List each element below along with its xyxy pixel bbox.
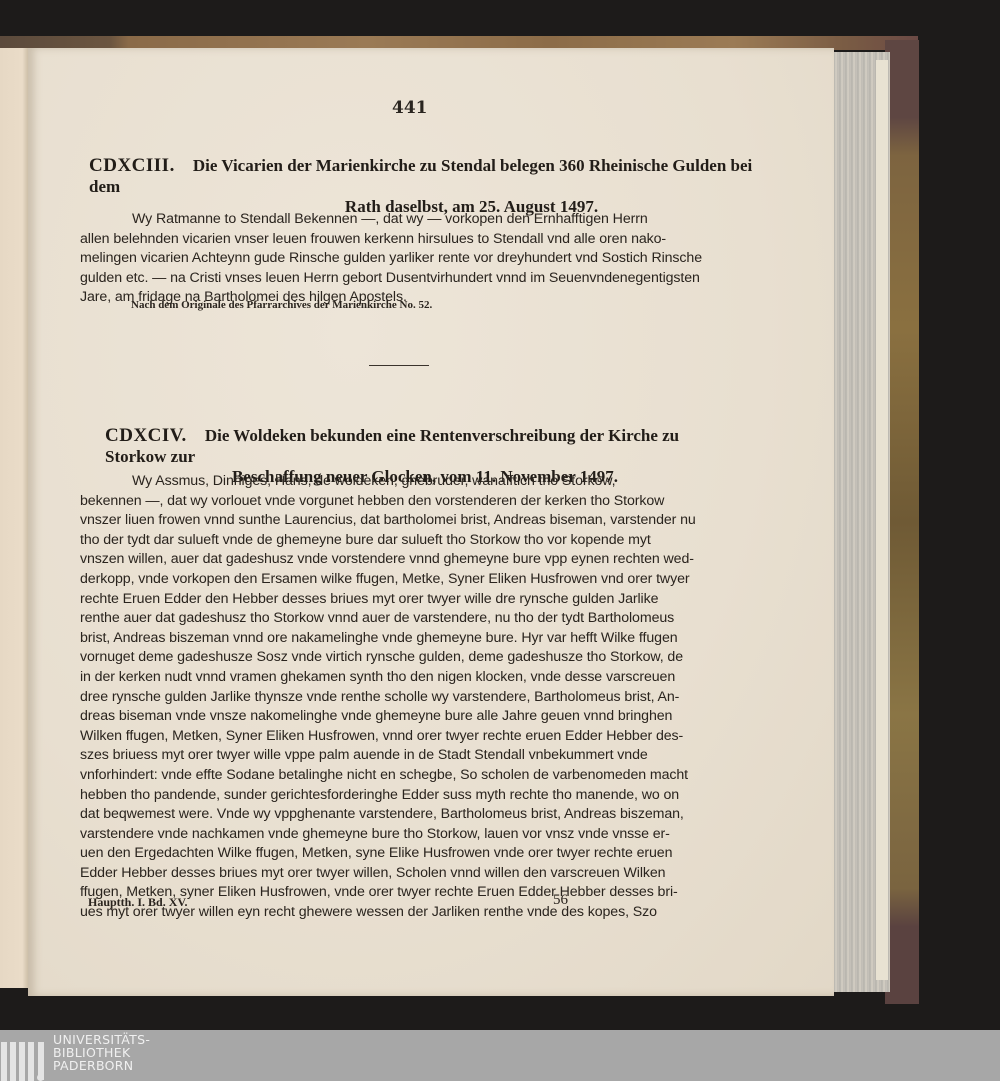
body-line: in der kerken nudt vnnd vramen ghekamen …: [80, 668, 752, 688]
page-number: 441: [392, 98, 428, 118]
body-line: melingen vicarien Achteynn gude Rinsche …: [80, 249, 750, 269]
body-line: Wy Ratmanne to Stendall Bekennen —, dat …: [80, 210, 750, 230]
library-name-line3: PADERBORN: [53, 1059, 150, 1072]
body-line: Wy Assmus, Dinniges, Hans, de woldeken, …: [80, 472, 752, 492]
body-line: bekennen —, dat wy vorlouet vnde vorgune…: [80, 492, 752, 512]
body-line: renthe auer dat gadeshusz tho Storkow vn…: [80, 609, 752, 629]
body-line: vnforhindert: vnde effte Sodane betaling…: [80, 766, 752, 786]
body-line: varstendere vnde nachkamen vnde ghemeyne…: [80, 825, 752, 845]
entry-body-cdxciii: Wy Ratmanne to Stendall Bekennen —, dat …: [80, 210, 750, 308]
body-line: uen den Ergedachten Wilke ffugen, Metken…: [80, 844, 752, 864]
left-page-sliver: [0, 48, 28, 988]
entry-heading: Die Woldeken bekunden eine Rentenverschr…: [105, 426, 679, 466]
body-line: Wilken ffugen, Metken, Syner Eliken Husf…: [80, 727, 752, 747]
body-line: tho der tydt dar sulueft vnde de ghemeyn…: [80, 531, 752, 551]
book-cover-right-edge: [885, 40, 919, 1004]
library-logo-dot-icon: [37, 1074, 44, 1081]
entry-number: CDXCIV.: [105, 425, 187, 446]
body-line: hebben tho pandende, sunder gerichtesfor…: [80, 786, 752, 806]
body-line: vnszer liuen frowen vnnd sunthe Laurenci…: [80, 511, 752, 531]
body-line: dree rynsche gulden Jarlike thynsze vnde…: [80, 688, 752, 708]
page-stack-fore-edge: [876, 60, 888, 980]
section-divider: [369, 365, 429, 366]
footer-sheet-number: 56: [553, 892, 568, 909]
body-line: derkopp, vnde vorkopen den Ersamen wilke…: [80, 570, 752, 590]
body-line: allen belehnden vicarien vnser leuen fro…: [80, 230, 750, 250]
body-line: vornuget deme gadeshusze Sosz vnde virti…: [80, 648, 752, 668]
body-line: vnszen willen, auer dat gadeshusz vnde v…: [80, 550, 752, 570]
entry-number: CDXCIII.: [89, 155, 175, 176]
library-name: UNIVERSITÄTS- BIBLIOTHEK PADERBORN: [53, 1033, 150, 1072]
entry-heading: Die Vicarien der Marienkirche zu Stendal…: [89, 156, 752, 196]
body-line: brist, Andreas biszeman vnnd ore nakamel…: [80, 629, 752, 649]
source-note: Nach dem Originale des Pfarrarchives der…: [131, 299, 432, 311]
body-line: szes briuess myt orer twyer wille vppe p…: [80, 746, 752, 766]
body-line: rechte Eruen Edder den Hebber desses bri…: [80, 590, 752, 610]
body-line: dreas biseman vnde vnsze nakomelinghe vn…: [80, 707, 752, 727]
body-line: gulden etc. — na Cristi vnses leuen Herr…: [80, 269, 750, 289]
body-line: Edder Hebber desses briues myt orer twye…: [80, 864, 752, 884]
entry-body-cdxciv: Wy Assmus, Dinniges, Hans, de woldeken, …: [80, 472, 752, 923]
footer-signature: Hauptth. I. Bd. XV.: [88, 895, 187, 910]
entry-title-cdxciii: CDXCIII.Die Vicarien der Marienkirche zu…: [89, 155, 764, 217]
body-line: dat beqwemest were. Vnde wy vppghenante …: [80, 805, 752, 825]
